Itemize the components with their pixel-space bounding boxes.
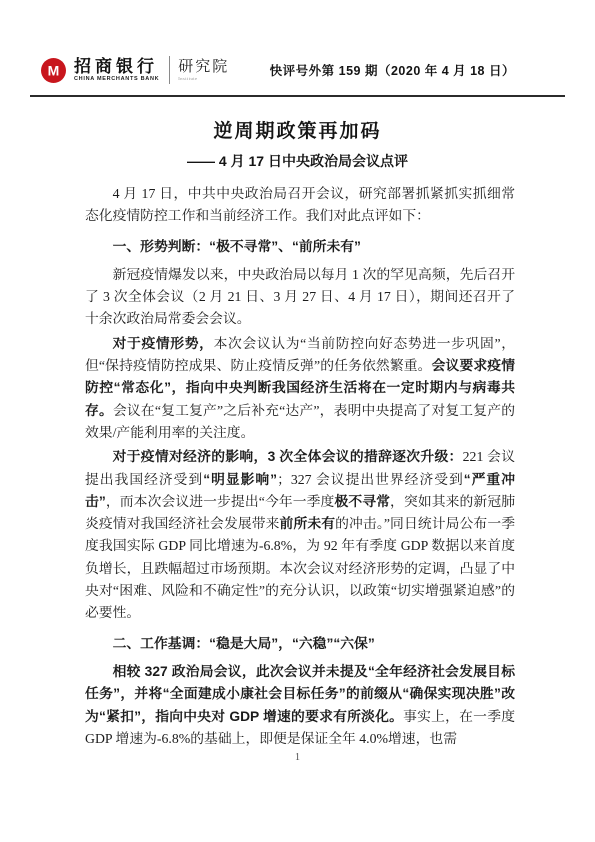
report-page: M 招商银行 CHINA MERCHANTS BANK 研究院 Institut… xyxy=(0,0,595,842)
bank-name-block: 招商银行 CHINA MERCHANTS BANK xyxy=(74,57,159,83)
bank-name-en: CHINA MERCHANTS BANK xyxy=(74,76,159,83)
division-subtitle: Institute xyxy=(178,76,229,82)
article-subtitle: —— 4 月 17 日中央政治局会议点评 xyxy=(0,151,595,171)
body-paragraph: 新冠疫情爆发以来，中央政治局以每月 1 次的罕见高频，先后召开了 3 次全体会议… xyxy=(85,264,515,331)
page-number: 1 xyxy=(0,752,595,763)
svg-text:M: M xyxy=(48,62,60,78)
body-paragraph: 对于疫情对经济的影响，3 次全体会议的措辞逐次升级：221 会议提出我国经济受到… xyxy=(85,446,515,624)
cmb-logo-icon: M xyxy=(40,57,67,84)
bank-name-cn: 招商银行 xyxy=(74,57,159,76)
logo-divider xyxy=(169,56,170,84)
issue-info: 快评号外第 159 期（2020 年 4 月 18 日） xyxy=(270,61,515,79)
body-paragraph: 对于疫情形势，本次会议认为“当前防控向好态势进一步巩固”，但“保持疫情防控成果、… xyxy=(85,333,515,444)
section-heading: 一、形势判断：“极不寻常”、“前所未有” xyxy=(85,236,515,258)
article-title: 逆周期政策再加码 xyxy=(0,116,595,143)
body-paragraph: 4 月 17 日，中共中央政治局召开会议，研究部署抓紧抓实抓细常态化疫情防控工作… xyxy=(85,183,515,228)
section-heading: 二、工作基调：“稳是大局”，“六稳”“六保” xyxy=(85,633,515,655)
article-body: 4 月 17 日，中共中央政治局召开会议，研究部署抓紧抓实抓细常态化疫情防控工作… xyxy=(85,183,515,752)
page-header: M 招商银行 CHINA MERCHANTS BANK 研究院 Institut… xyxy=(40,56,515,84)
cmb-logo: M 招商银行 CHINA MERCHANTS BANK 研究院 Institut… xyxy=(40,56,229,84)
division-name: 研究院 xyxy=(178,59,229,76)
body-paragraph: 相较 327 政治局会议，此次会议并未提及“全年经济社会发展目标任务”，并将“全… xyxy=(85,661,515,750)
header-rule xyxy=(30,95,565,97)
division-block: 研究院 Institute xyxy=(178,59,229,82)
